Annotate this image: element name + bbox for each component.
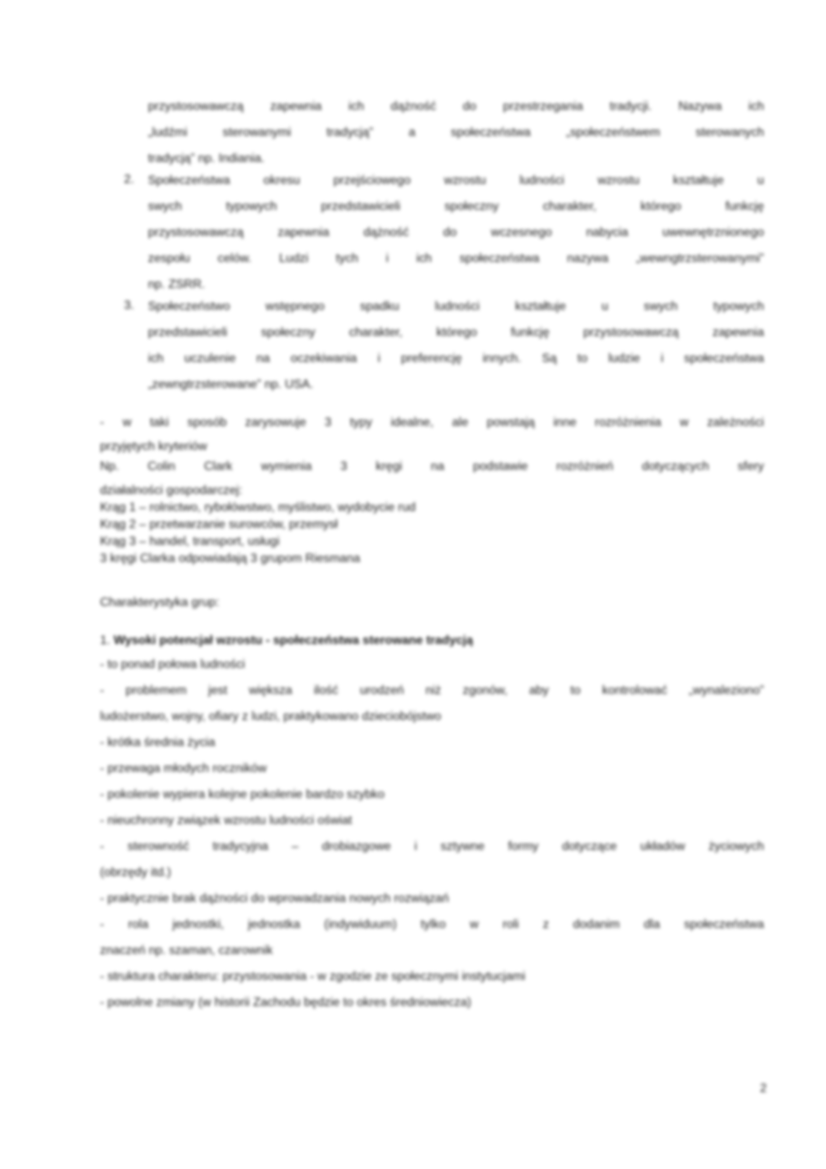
list-item-line: Społeczeństwo wstępnego spadku ludności … xyxy=(148,298,764,314)
list-item-line: przystosowawczą zapewnia dążność do wcze… xyxy=(148,224,764,240)
paragraph-line: Krąg 1 – rolnictwo, rybołówstwo, myślist… xyxy=(100,499,416,515)
bullet-line: - nieuchronny związek wzrostu ludności o… xyxy=(100,812,352,828)
section-label: Charakterystyka grup: xyxy=(100,594,219,610)
list-number: 3. xyxy=(124,298,134,312)
bullet-line: - struktura charakteru: przystosowania -… xyxy=(100,968,525,984)
paragraph-line: Krąg 3 – handel, transport, usługi xyxy=(100,533,280,549)
list-item-line: zespołu celów. Ludzi tych i ich społecze… xyxy=(148,250,764,266)
bullet-line: - praktycznie brak dążności do wprowadza… xyxy=(100,890,449,906)
list-item-line: przystosowawczą zapewnia ich dążność do … xyxy=(148,98,764,114)
bullet-line: - pokolenie wypiera kolejne pokolenie ba… xyxy=(100,786,385,802)
bullet-line: - sterowność tradycyjna – drobiazgowe i … xyxy=(100,838,764,854)
paragraph-line: Np. Colin Clark wymienia 3 kręgi na pods… xyxy=(100,458,764,474)
paragraph-line: przyjętych kryteriów xyxy=(100,438,207,454)
paragraph-line: Krąg 2 – przetwarzanie surowców, przemys… xyxy=(100,516,338,532)
bullet-line: - to ponad połowa ludności xyxy=(100,656,245,672)
list-item-line: „ludźmi sterowanymi tradycją” a społecze… xyxy=(148,124,764,140)
page-number: 2 xyxy=(760,1081,767,1095)
bullet-line: (obrzędy itd.) xyxy=(100,864,171,880)
bullet-line: - powolne zmiany (w historii Zachodu będ… xyxy=(100,994,471,1010)
bullet-line: - rola jednostki, jednostka (indywiduum)… xyxy=(100,916,764,932)
paragraph-line: - w taki sposób zarysowuje 3 typy idealn… xyxy=(100,414,764,430)
bullet-line: znaczeń np. szaman, czarownik xyxy=(100,942,273,958)
list-item-line: swych typowych przedstawicieli społeczny… xyxy=(148,198,764,214)
list-item-line: np. ZSRR. xyxy=(148,276,205,292)
document-page: przystosowawczą zapewnia ich dążność do … xyxy=(0,0,826,1169)
list-number: 2. xyxy=(124,172,134,186)
section-heading: 1. Wysoki potencjał wzrostu - społeczeńs… xyxy=(100,632,473,648)
paragraph-line: działalności gospodarczej: xyxy=(100,482,242,498)
list-item-line: tradycją” np. Indiania. xyxy=(148,150,265,166)
bullet-line: ludożerstwo, wojny, ofiary z ludzi, prak… xyxy=(100,708,441,724)
bullet-line: - krótka średnia życia xyxy=(100,734,215,750)
paragraph-line: 3 kręgi Clarka odpowiadają 3 grupom Ries… xyxy=(100,550,360,566)
list-item-line: „zewngtrzsterowane” np. USA. xyxy=(148,376,313,392)
bullet-line: - przewaga młodych roczników xyxy=(100,760,267,776)
bullet-line: - problemem jest większa ilość urodzeń n… xyxy=(100,682,764,698)
list-item-line: ich uczulenie na oczekiwania i preferenc… xyxy=(148,350,764,366)
section-number: 1. xyxy=(100,633,110,647)
section-heading-text: Wysoki potencjał wzrostu - społeczeństwa… xyxy=(114,633,473,647)
list-item-line: Społeczeństwa okresu przejściowego wzros… xyxy=(148,172,764,188)
list-item-line: przedstawicieli społeczny charakter, któ… xyxy=(148,324,764,340)
